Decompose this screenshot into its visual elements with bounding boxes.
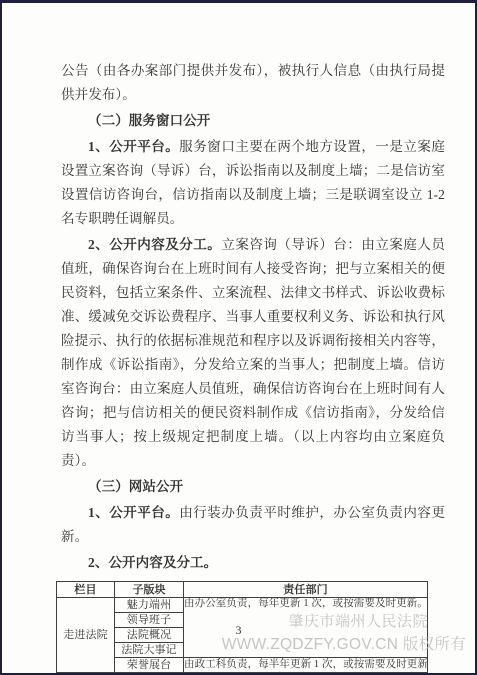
document-body: 公告（由各办案部门提供并发布），被执行人信息（由执行局提供并发布）。 （二）服务… — [61, 57, 445, 673]
paragraph-continuation: 公告（由各办案部门提供并发布），被执行人信息（由执行局提供并发布）。 — [61, 59, 445, 107]
cell-responsibility-main: 由办公室负责，每年更新 1 次，或按需要及时更新。 — [184, 598, 428, 658]
section-heading-website: （三）网站公开 — [61, 475, 445, 499]
table-header-column: 栏目 — [57, 582, 115, 598]
table-header-subblock: 子版块 — [115, 582, 184, 598]
cell-column-label: 走进法院 — [57, 598, 115, 673]
paragraph-content-2: 2、公开内容及分工。 — [61, 551, 445, 575]
paragraph-platform-2: 1、公开平台。由行装办负责平时维护，办公室负责内容更新。 — [61, 501, 445, 549]
table-header-responsibility: 责任部门 — [184, 582, 428, 598]
paragraph-platform-1: 1、公开平台。服务窗口主要在两个地方设置，一是立案庭设置立案咨询（导诉）台，诉讼… — [61, 135, 445, 231]
paragraph-lead: 1、公开平台。 — [88, 505, 179, 520]
table-header-row: 栏目 子版块 责任部门 — [57, 582, 428, 598]
page-number: 3 — [236, 623, 242, 638]
cell-subblock: 法院概况 — [115, 628, 184, 643]
cell-subblock: 法院大事记 — [115, 643, 184, 658]
paragraph-content-1: 2、公开内容及分工。立案咨询（导诉）台：由立案庭人员值班，确保咨询台在上班时间有… — [61, 233, 445, 473]
paragraph-text: 立案咨询（导诉）台：由立案庭人员值班，确保咨询台在上班时间有人接受咨询；把与立案… — [61, 237, 445, 468]
cell-subblock: 荣誉展台 — [115, 658, 184, 673]
website-columns-table: 栏目 子版块 责任部门 走进法院 魅力端州 由办公室负责，每年更新 1 次，或按… — [56, 581, 428, 673]
cell-subblock: 魅力端州 — [115, 598, 184, 613]
paragraph-lead: 2、公开内容及分工。 — [88, 237, 221, 252]
paragraph-lead: 2、公开内容及分工。 — [88, 555, 217, 570]
cell-responsibility-honor: 由政工科负责，每半年更新 1 次，或按需要及时更新。 — [184, 658, 428, 673]
document-page: 公告（由各办案部门提供并发布），被执行人信息（由执行局提供并发布）。 （二）服务… — [0, 0, 477, 675]
table-row: 走进法院 魅力端州 由办公室负责，每年更新 1 次，或按需要及时更新。 — [57, 598, 428, 613]
section-heading-service-window: （二）服务窗口公开 — [61, 109, 445, 133]
paragraph-lead: 1、公开平台。 — [88, 139, 179, 154]
cell-subblock: 领导班子 — [115, 613, 184, 628]
